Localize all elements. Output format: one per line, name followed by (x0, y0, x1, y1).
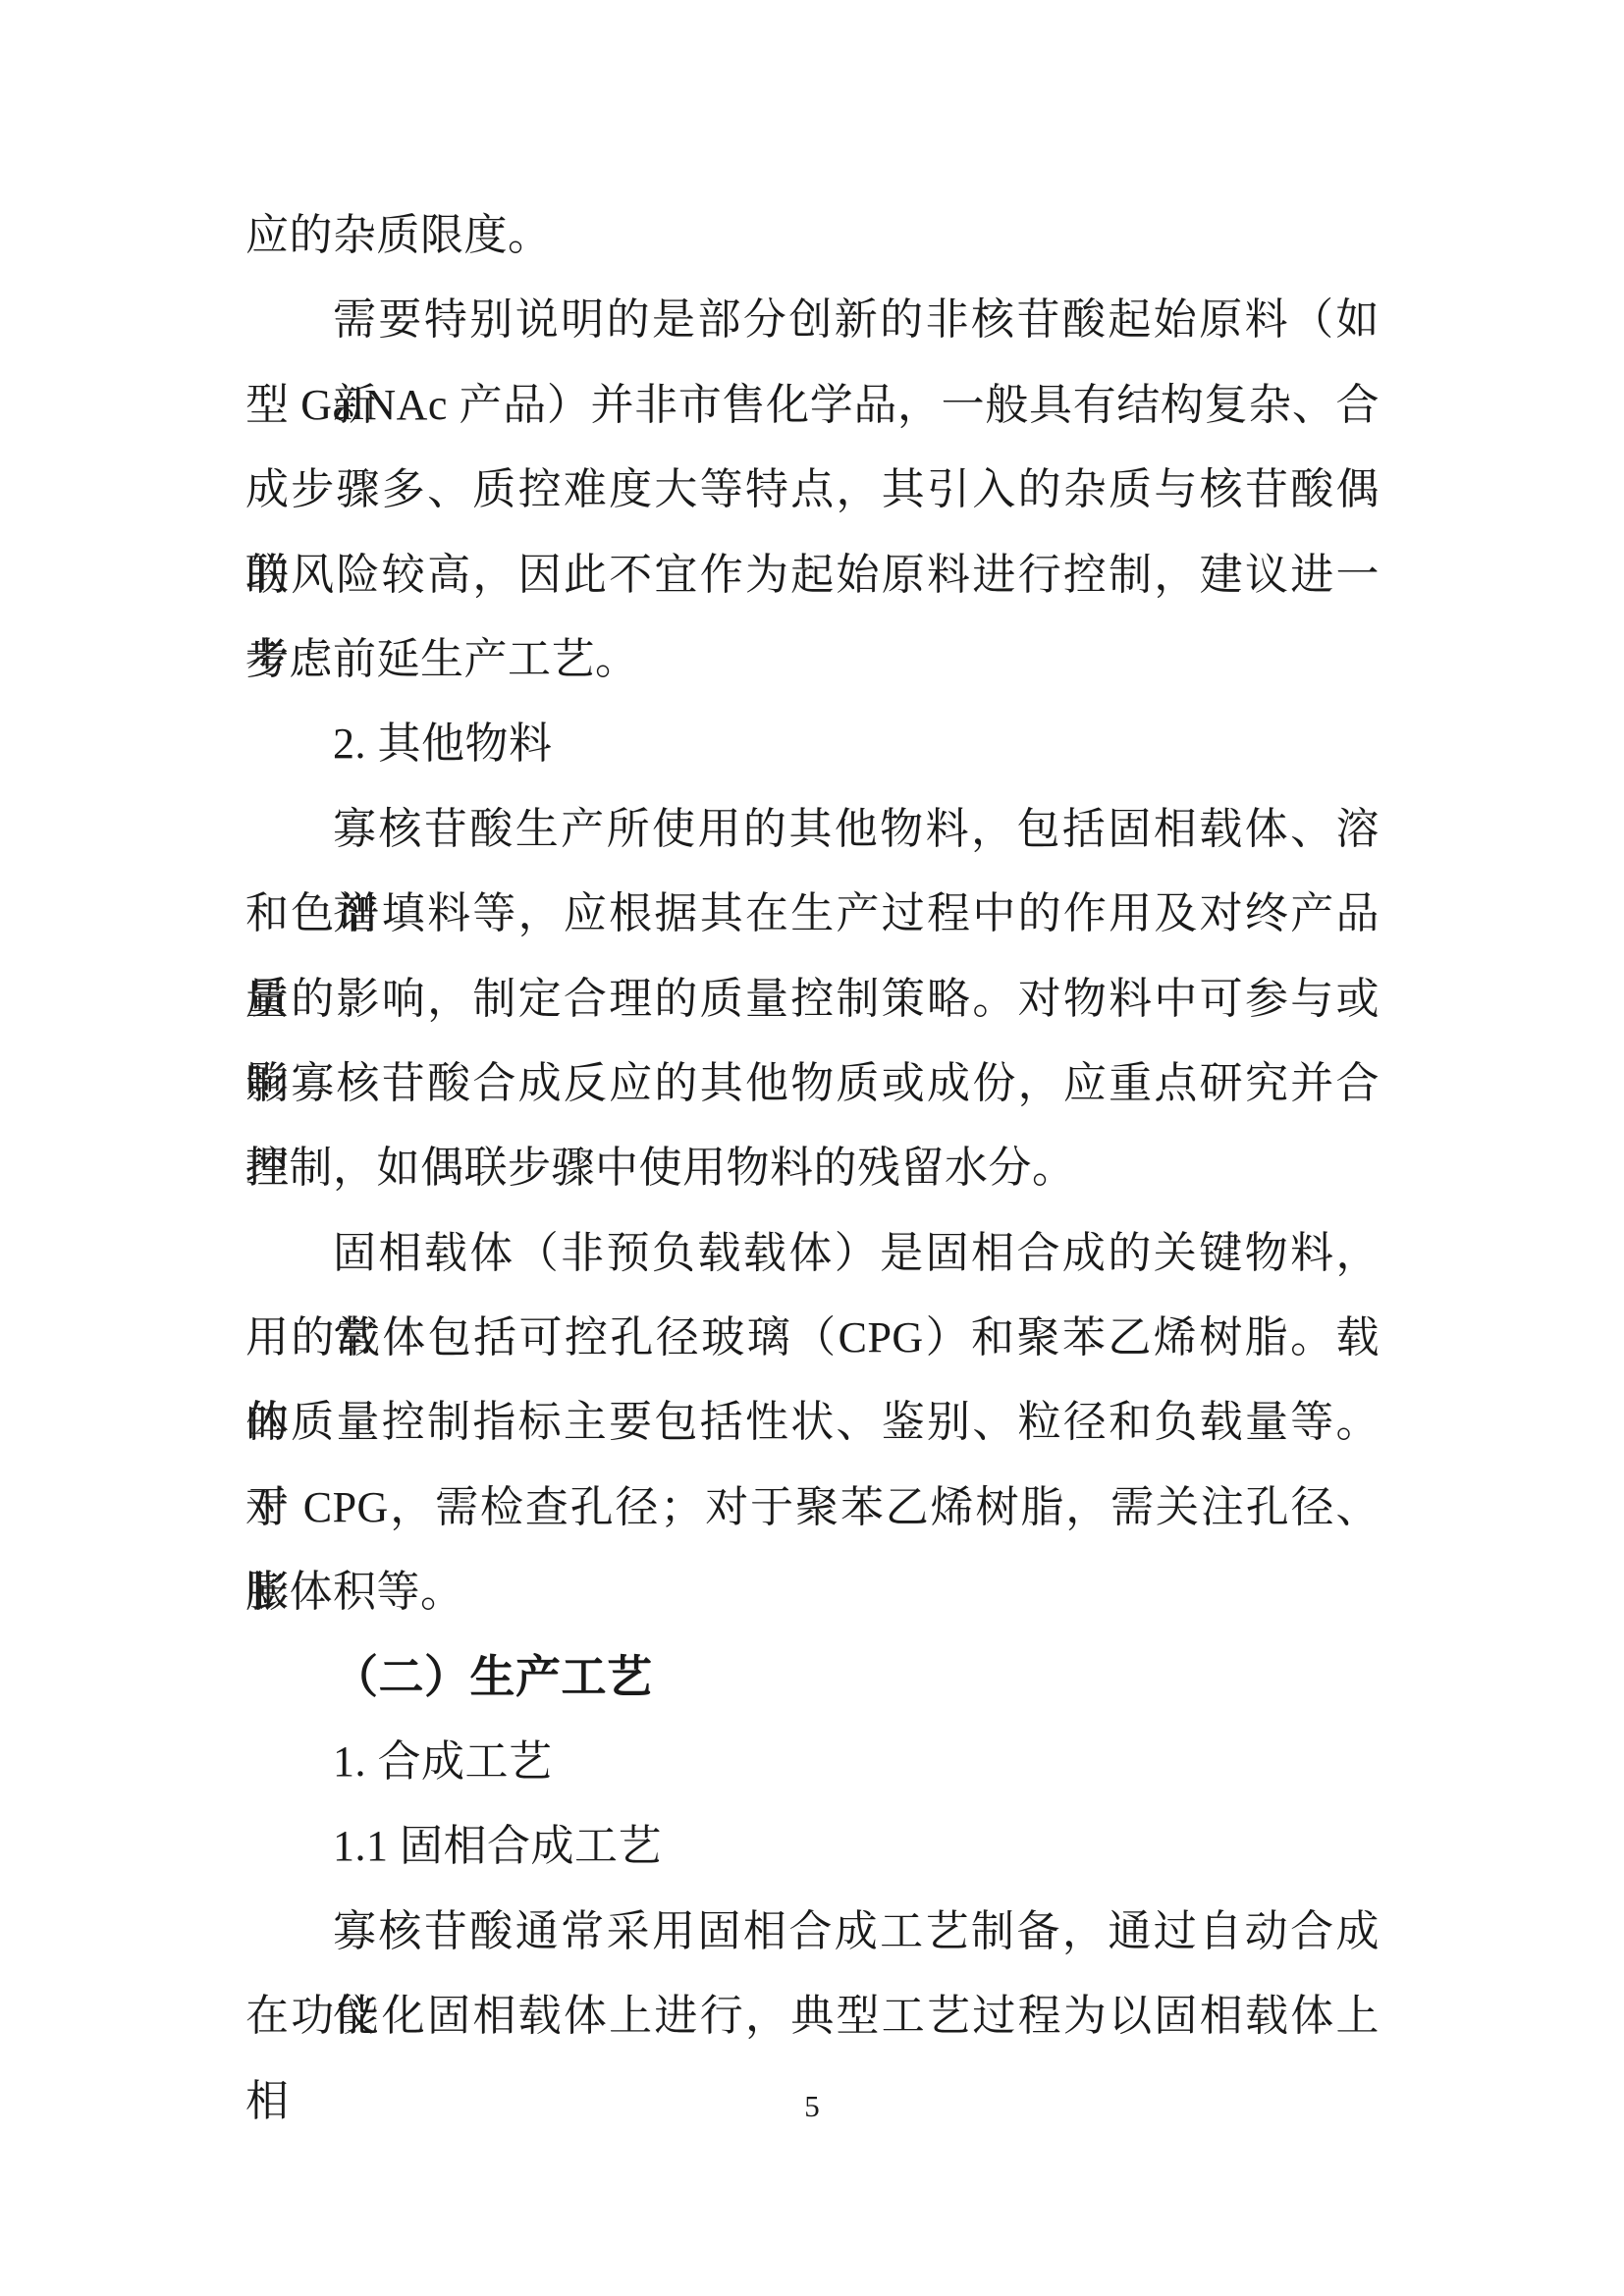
text-line: 用的载体包括可控孔径玻璃（CPG）和聚苯乙烯树脂。载体 (245, 1296, 1380, 1380)
text-line: 的风险较高，因此不宜作为起始原料进行控制，建议进一步 (245, 533, 1380, 617)
document-body: 应的杂质限度。需要特别说明的是部分创新的非核苷酸起始原料（如新型 GalNAc … (245, 193, 1380, 2059)
page-number: 5 (0, 2087, 1624, 2126)
text-line: 1.1 固相合成工艺 (245, 1804, 1380, 1889)
text-line: 型 GalNAc 产品）并非市售化学品，一般具有结构复杂、合 (245, 363, 1380, 448)
document-page: 应的杂质限度。需要特别说明的是部分创新的非核苷酸起始原料（如新型 GalNAc … (0, 0, 1624, 2296)
text-line: 寡核苷酸生产所使用的其他物料，包括固相载体、溶剂 (245, 787, 1380, 872)
text-line: 控制，如偶联步骤中使用物料的残留水分。 (245, 1126, 1380, 1210)
text-line: 应的杂质限度。 (245, 193, 1380, 278)
text-line: 量的影响，制定合理的质量控制策略。对物料中可参与或影 (245, 957, 1380, 1041)
text-line: 考虑前延生产工艺。 (245, 617, 1380, 702)
text-line: 1. 合成工艺 (245, 1720, 1380, 1804)
text-line: 2. 其他物料 (245, 702, 1380, 786)
text-line: 响寡核苷酸合成反应的其他物质或成份，应重点研究并合理 (245, 1041, 1380, 1126)
section-heading: （二）生产工艺 (245, 1635, 1380, 1720)
text-line: 和色谱填料等，应根据其在生产过程中的作用及对终产品质 (245, 872, 1380, 956)
text-line: 的质量控制指标主要包括性状、鉴别、粒径和负载量等。对 (245, 1380, 1380, 1465)
text-line: 胀体积等。 (245, 1550, 1380, 1634)
text-line: 需要特别说明的是部分创新的非核苷酸起始原料（如新 (245, 278, 1380, 362)
text-line: 于 CPG，需检查孔径；对于聚苯乙烯树脂，需关注孔径、膨 (245, 1466, 1380, 1550)
text-line: 在功能化固相载体上进行，典型工艺过程为以固相载体上相 (245, 1974, 1380, 2058)
text-line: 固相载体（非预负载载体）是固相合成的关键物料，常 (245, 1211, 1380, 1296)
text-line: 寡核苷酸通常采用固相合成工艺制备，通过自动合成仪 (245, 1890, 1380, 1974)
text-line: 成步骤多、质控难度大等特点，其引入的杂质与核苷酸偶联 (245, 448, 1380, 532)
